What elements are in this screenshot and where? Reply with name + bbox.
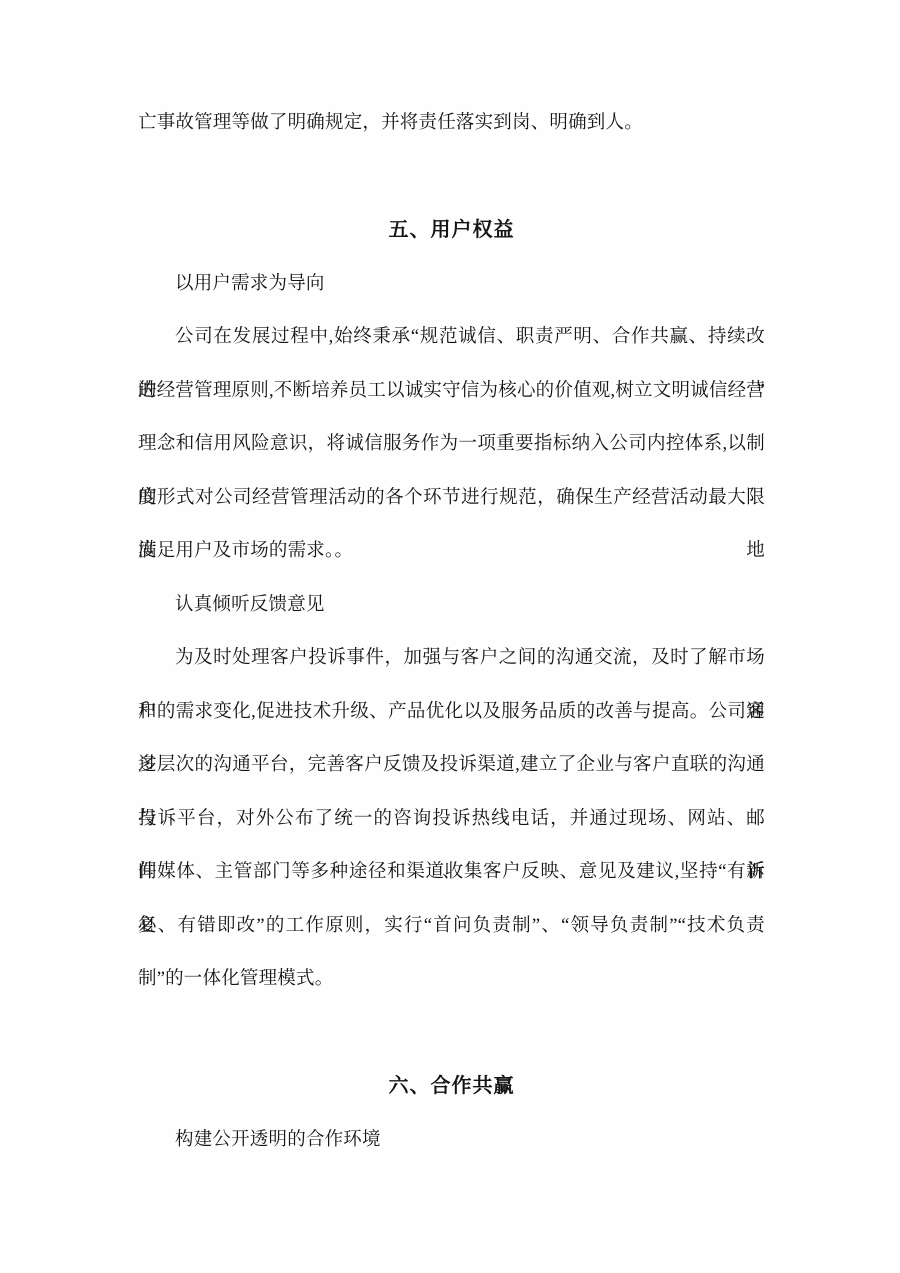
paragraph-line: 投诉平台，对外公布了统一的咨询投诉热线电话，并通过现场、网站、邮件、新 bbox=[138, 793, 765, 847]
paragraph-lead-line: 为及时处理客户投诉事件，加强与客户之间的沟通交流，及时了解市场和客 bbox=[138, 632, 765, 686]
paragraph-line: 亡事故管理等做了明确规定，并将责任落实到岗、明确到人。 bbox=[138, 97, 765, 151]
paragraph-lead-line: 构建公开透明的合作环境 bbox=[138, 1114, 765, 1168]
paragraph-line: 制”的一体化管理模式。 bbox=[138, 953, 765, 1007]
paragraph-line: 闻媒体、主管部门等多种途径和渠道收集客户反映、意见及建议,坚持“有诉必 bbox=[138, 846, 765, 900]
paragraph-line: 复、有错即改”的工作原则，实行“首问负责制”、“领导负责制”“技术负责 bbox=[138, 900, 765, 954]
paragraph-lead-line: 认真倾听反馈意见 bbox=[138, 579, 765, 633]
blank-line bbox=[138, 1007, 765, 1061]
blank-line bbox=[138, 151, 765, 205]
section-heading-user-rights: 五、用户权益 bbox=[138, 204, 765, 258]
paragraph-line: 理念和信用风险意识，将诚信服务作为一项重要指标纳入公司内控体系,以制度 bbox=[138, 418, 765, 472]
document-page: 亡事故管理等做了明确规定，并将责任落实到岗、明确到人。五、用户权益以用户需求为导… bbox=[0, 0, 900, 1273]
paragraph-line: 多层次的沟通平台，完善客户反馈及投诉渠道,建立了企业与客户直联的沟通与 bbox=[138, 739, 765, 793]
document-content: 亡事故管理等做了明确规定，并将责任落实到岗、明确到人。五、用户权益以用户需求为导… bbox=[0, 0, 900, 1167]
paragraph-lead-line: 公司在发展过程中,始终秉承“规范诚信、职责严明、合作共赢、持续改进” bbox=[138, 311, 765, 365]
section-heading-cooperation: 六、合作共赢 bbox=[138, 1060, 765, 1114]
paragraph-line: 户的需求变化,促进技术升级、产品优化以及服务品质的改善与提高。公司通过 bbox=[138, 686, 765, 740]
paragraph-line: 的经营管理原则,不断培养员工以诚实守信为核心的价值观,树立文明诚信经营 bbox=[138, 365, 765, 419]
paragraph-lead-line: 以用户需求为导向 bbox=[138, 258, 765, 312]
paragraph-line: 的形式对公司经营管理活动的各个环节进行规范，确保生产经营活动最大限度地 bbox=[138, 472, 765, 526]
